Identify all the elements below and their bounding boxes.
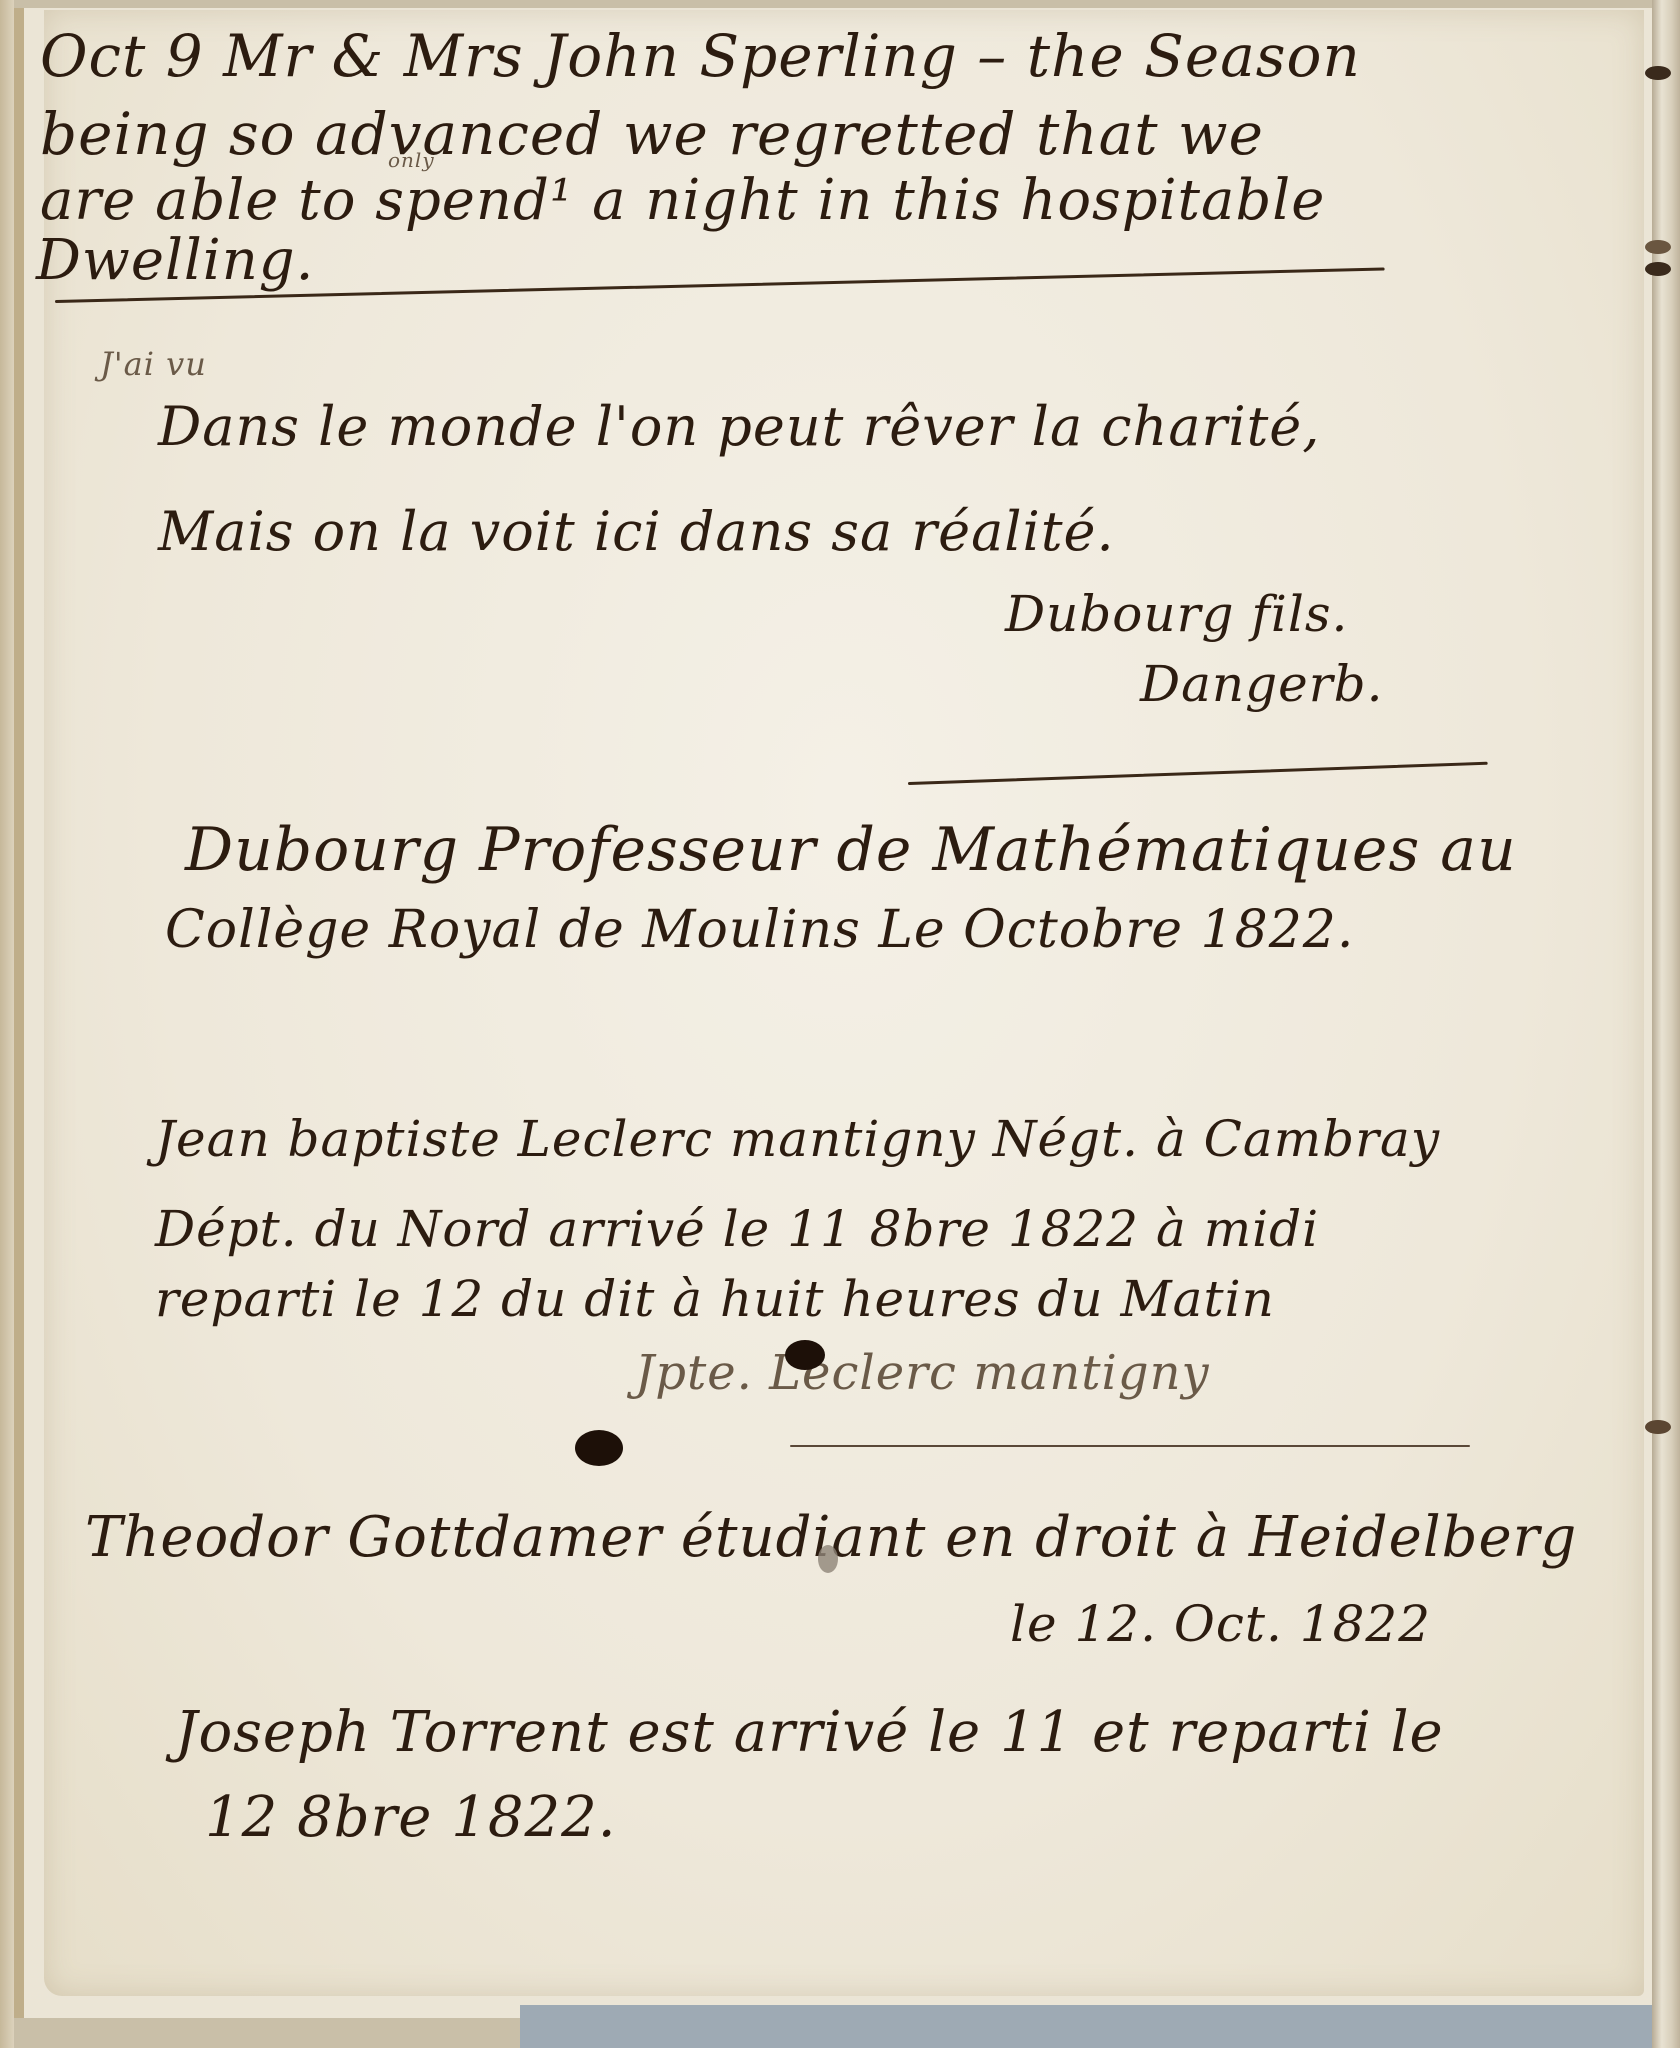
ink-blot — [785, 1340, 825, 1370]
signature-flourish — [790, 1445, 1470, 1447]
binding-stitch — [1645, 1420, 1671, 1434]
signature: Dubourg fils. — [1005, 585, 1348, 643]
margin-note: J'ai vu — [100, 345, 207, 383]
verse-line: Dans le monde l'on peut rêver la charité… — [158, 395, 1320, 458]
book-binding — [1652, 0, 1680, 2048]
entry-line: le 12. Oct. 1822 — [1010, 1595, 1431, 1653]
entry-line: Jean baptiste Leclerc mantigny Négt. à C… — [155, 1110, 1440, 1168]
verse-line: Mais on la voit ici dans sa réalité. — [158, 500, 1115, 563]
binding-stitch — [1645, 262, 1671, 276]
entry-line: Oct 9 Mr & Mrs John Sperling – the Seaso… — [40, 22, 1361, 90]
entry-line: Joseph Torrent est arrivé le 11 et repar… — [175, 1700, 1444, 1765]
signature: Dangerb. — [1140, 655, 1384, 713]
binding-stitch — [1645, 66, 1671, 80]
guest-book-page: Oct 9 Mr & Mrs John Sperling – the Seaso… — [0, 0, 1680, 2048]
entry-line: Dépt. du Nord arrivé le 11 8bre 1822 à m… — [155, 1200, 1319, 1258]
page-left-edge — [0, 0, 14, 2048]
paper-leaf — [44, 10, 1644, 1996]
entry-line: are able to spend¹ a night in this hospi… — [40, 168, 1325, 233]
entry-line: reparti le 12 du dit à huit heures du Ma… — [155, 1270, 1275, 1328]
binding-stitch — [1645, 240, 1671, 254]
torn-bottom-edge — [520, 2005, 1680, 2048]
entry-line: Collège Royal de Moulins Le Octobre 1822… — [165, 900, 1354, 960]
entry-line: 12 8bre 1822. — [205, 1785, 617, 1850]
ink-blot — [575, 1430, 623, 1466]
entry-line: Dwelling. — [36, 228, 314, 293]
entry-line: being so advanced we regretted that we — [40, 100, 1264, 168]
entry-line: Dubourg Professeur de Mathématiques au — [185, 815, 1517, 885]
signature: Jpte. Leclerc mantigny — [635, 1345, 1210, 1401]
paper-hole — [818, 1545, 838, 1573]
